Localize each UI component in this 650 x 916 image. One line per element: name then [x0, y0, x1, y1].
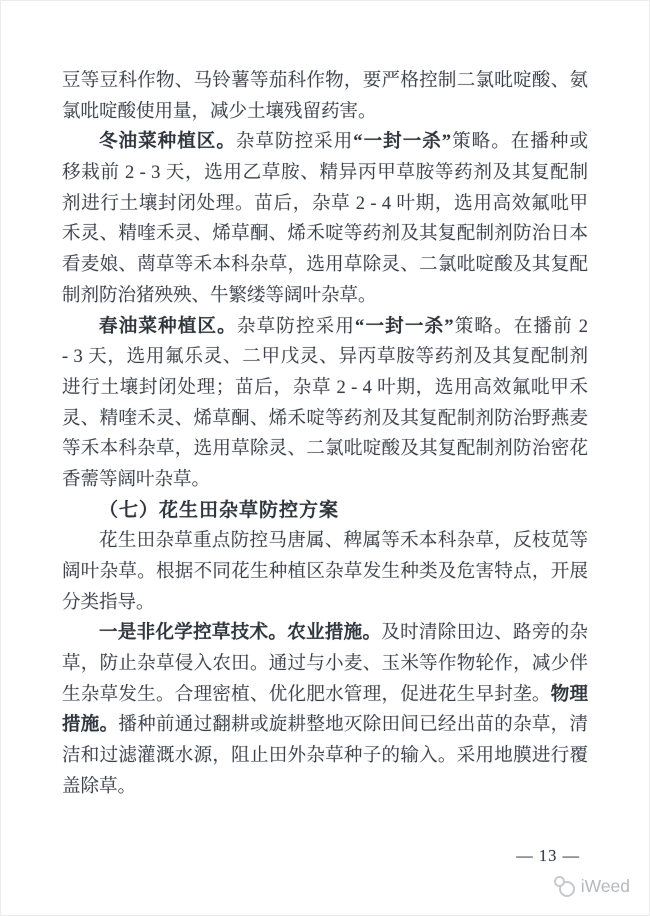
text-line: 进行土壤封闭处理；苗后，杂草 2 - 4 叶期，选用高效氟吡甲禾 [62, 373, 588, 404]
page-number: — 13 — [516, 846, 580, 866]
document-body: 豆等豆科作物、马铃薯等茄科作物，要严格控制二氯吡啶酸、氨氯吡啶酸使用量，减少土壤… [62, 66, 588, 803]
text-segment: 禾灵、精喹禾灵、烯草酮、烯禾啶等药剂及其复配制剂防治日本 [62, 224, 588, 244]
bold-text: 一是非化学控草技术。农业措施。 [99, 623, 381, 643]
text-line: 氯吡啶酸使用量，减少土壤残留药害。 [62, 97, 588, 128]
bold-text: 冬油菜种植区。 [99, 132, 236, 152]
text-line: 措施。播种前通过翻耕或旋耕整地灭除田间已经出苗的杂草，清 [62, 710, 588, 741]
document-page: { "document": { "paragraphs": [ { "type"… [0, 0, 650, 916]
text-line: 春油菜种植区。杂草防控采用“一封一杀”策略。在播前 2 [62, 312, 588, 343]
text-segment: 看麦娘、菵草等禾本科杂草，选用草除灵、二氯吡啶酸及其复配 [62, 255, 588, 275]
text-line: 洁和过滤灌溉水源，阻止田外杂草种子的输入。采用地膜进行覆 [62, 741, 588, 772]
text-segment: 策略。在播前 2 [454, 317, 588, 337]
text-line: 分类指导。 [62, 588, 588, 619]
text-segment: 盖除草。 [62, 777, 136, 797]
bold-text: “一封一杀” [355, 317, 453, 337]
text-line: 花生田杂草重点防控马唐属、稗属等禾本科杂草，反枝苋等 [62, 526, 588, 557]
text-segment: 杂草防控采用 [236, 132, 353, 152]
text-line: 一是非化学控草技术。农业措施。及时清除田边、路旁的杂 [62, 618, 588, 649]
text-segment: 及时清除田边、路旁的杂 [381, 623, 588, 643]
text-segment: 进行土壤封闭处理；苗后，杂草 2 - 4 叶期，选用高效氟吡甲禾 [62, 378, 588, 398]
text-segment: 阔叶杂草。根据不同花生种植区杂草发生种类及危害特点，开展 [62, 562, 588, 582]
watermark-label: iWeed [581, 876, 630, 897]
text-line: 生杂草发生。合理密植、优化肥水管理，促进花生早封垄。物理 [62, 680, 588, 711]
bold-text: 物理 [551, 685, 588, 705]
text-line: 阔叶杂草。根据不同花生种植区杂草发生种类及危害特点，开展 [62, 557, 588, 588]
text-line: - 3 天，选用氟乐灵、二甲戊灵、异丙草胺等药剂及其复配制剂 [62, 342, 588, 373]
text-line: 盖除草。 [62, 772, 588, 803]
text-line: 剂进行土壤封闭处理。苗后，杂草 2 - 4 叶期，选用高效氟吡甲 [62, 189, 588, 220]
text-line: 草，防止杂草侵入农田。通过与小麦、玉米等作物轮作，减少伴 [62, 649, 588, 680]
text-segment: 分类指导。 [62, 593, 155, 613]
text-segment: 香薷等阔叶杂草。 [62, 470, 210, 490]
text-segment: 氯吡啶酸使用量，减少土壤残留药害。 [62, 102, 377, 122]
text-segment: 洁和过滤灌溉水源，阻止田外杂草种子的输入。采用地膜进行覆 [62, 746, 588, 766]
text-line: 制剂防治猪殃殃、牛繁缕等阔叶杂草。 [62, 281, 588, 312]
bold-text: 措施。 [62, 715, 118, 735]
text-segment: 剂进行土壤封闭处理。苗后，杂草 2 - 4 叶期，选用高效氟吡甲 [62, 194, 588, 214]
text-line: （七）花生田杂草防控方案 [62, 496, 588, 527]
text-segment: 生杂草发生。合理密植、优化肥水管理，促进花生早封垄。 [62, 685, 551, 705]
text-segment: - 3 天，选用氟乐灵、二甲戊灵、异丙草胺等药剂及其复配制剂 [62, 347, 588, 367]
text-segment: 播种前通过翻耕或旋耕整地灭除田间已经出苗的杂草，清 [118, 715, 588, 735]
text-segment: 豆等豆科作物、马铃薯等茄科作物，要严格控制二氯吡啶酸、氨 [62, 71, 588, 91]
text-line: 香薷等阔叶杂草。 [62, 465, 588, 496]
text-segment: 草，防止杂草侵入农田。通过与小麦、玉米等作物轮作，减少伴 [62, 654, 588, 674]
paragraph: 一是非化学控草技术。农业措施。及时清除田边、路旁的杂草，防止杂草侵入农田。通过与… [62, 618, 588, 802]
paragraph: 冬油菜种植区。杂草防控采用“一封一杀”策略。在播种或移栽前 2 - 3 天，选用… [62, 127, 588, 311]
bold-text: （七）花生田杂草防控方案 [99, 500, 339, 521]
text-segment: 杂草防控采用 [237, 317, 355, 337]
text-line: 灵、精喹禾灵、烯草酮、烯禾啶等药剂及其复配制剂防治野燕麦 [62, 404, 588, 435]
text-line: 禾灵、精喹禾灵、烯草酮、烯禾啶等药剂及其复配制剂防治日本 [62, 219, 588, 250]
text-segment: 策略。在播种或 [451, 132, 588, 152]
paragraph: 春油菜种植区。杂草防控采用“一封一杀”策略。在播前 2- 3 天，选用氟乐灵、二… [62, 312, 588, 496]
section-heading: （七）花生田杂草防控方案 [62, 496, 588, 527]
text-segment: 制剂防治猪殃殃、牛繁缕等阔叶杂草。 [62, 286, 377, 306]
text-line: 冬油菜种植区。杂草防控采用“一封一杀”策略。在播种或 [62, 127, 588, 158]
text-line: 等禾本科杂草，选用草除灵、二氯吡啶酸及其复配制剂防治密花 [62, 434, 588, 465]
iweed-logo-icon [553, 875, 577, 897]
text-segment: 等禾本科杂草，选用草除灵、二氯吡啶酸及其复配制剂防治密花 [62, 439, 588, 459]
text-segment: 花生田杂草重点防控马唐属、稗属等禾本科杂草，反枝苋等 [99, 531, 588, 551]
bold-text: “一封一杀” [353, 132, 451, 152]
bold-text: 春油菜种植区。 [99, 317, 237, 337]
paragraph: 花生田杂草重点防控马唐属、稗属等禾本科杂草，反枝苋等阔叶杂草。根据不同花生种植区… [62, 526, 588, 618]
text-segment: 移栽前 2 - 3 天，选用乙草胺、精异丙甲草胺等药剂及其复配制 [62, 163, 588, 183]
text-line: 豆等豆科作物、马铃薯等茄科作物，要严格控制二氯吡啶酸、氨 [62, 66, 588, 97]
paragraph: 豆等豆科作物、马铃薯等茄科作物，要严格控制二氯吡啶酸、氨氯吡啶酸使用量，减少土壤… [62, 66, 588, 127]
iweed-watermark: iWeed [553, 875, 630, 897]
text-line: 移栽前 2 - 3 天，选用乙草胺、精异丙甲草胺等药剂及其复配制 [62, 158, 588, 189]
text-segment: 灵、精喹禾灵、烯草酮、烯禾啶等药剂及其复配制剂防治野燕麦 [62, 409, 588, 429]
text-line: 看麦娘、菵草等禾本科杂草，选用草除灵、二氯吡啶酸及其复配 [62, 250, 588, 281]
